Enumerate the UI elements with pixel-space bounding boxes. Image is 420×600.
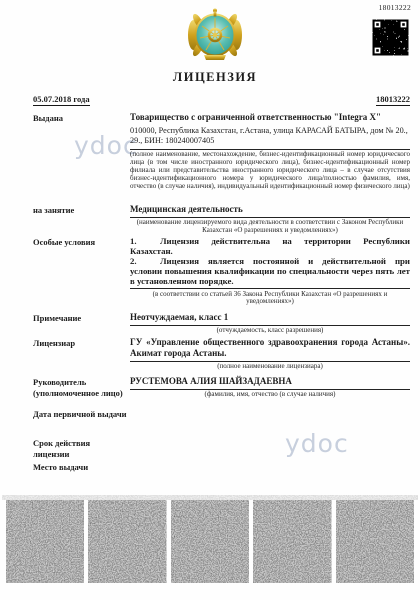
field-label: Выдана [33, 113, 128, 124]
activity-value: Медицинская деятельность [130, 204, 410, 218]
field-label: Руководитель (уполномоченное лицо) [33, 377, 128, 398]
licensor-value: ГУ «Управление общественного здравоохран… [130, 337, 410, 362]
special-conditions-list: 1.Лицензия действительна на территории Р… [130, 236, 410, 289]
licensee-address: 010000, Республика Казахстан, г.Астана, … [130, 126, 410, 150]
field-label: Срок действия лицензии [33, 438, 128, 459]
noise-block [253, 500, 331, 583]
field-caption: (полное наименование, местонахождение, б… [130, 151, 410, 190]
field-row-licensor: Лицензиар ГУ «Управление общественного з… [33, 337, 410, 371]
license-document-page: { "doc": { "corner_number": "18013222", … [0, 0, 420, 600]
redacted-stamp-strip [6, 500, 414, 583]
licensee-name: Товарищество с ограниченной ответственно… [130, 112, 410, 123]
issue-date: 05.07.2018 года [33, 94, 90, 106]
date-number-row: 05.07.2018 года 18013222 [33, 94, 410, 106]
remark-value: Неотчуждаемая, класс 1 [130, 312, 410, 326]
document-title: ЛИЦЕНЗИЯ [5, 70, 420, 85]
field-row-activity: на занятие Медицинская деятельность (наи… [33, 204, 410, 235]
field-caption: (полное наименование лицензиара) [130, 363, 410, 371]
qr-code [372, 19, 409, 56]
noise-block [336, 500, 414, 583]
head-name: РУСТЕМОВА АЛИЯ ШАЙЗАДАЕВНА [130, 376, 410, 390]
field-caption: (отчуждаемость, класс разрешения) [130, 327, 410, 335]
license-number: 18013222 [376, 94, 410, 106]
ydoc-watermark: ydoc [285, 429, 349, 458]
condition-item: 2.Лицензия является постоянной и действи… [130, 256, 410, 286]
field-label: Место выдачи [33, 462, 128, 473]
field-row-issued-to: Выдана Товарищество с ограниченной ответ… [33, 112, 410, 190]
condition-item: 1.Лицензия действительна на территории Р… [130, 236, 410, 256]
field-caption: (в соответствии со статьей 36 Закона Рес… [130, 291, 410, 307]
field-caption: (фамилия, имя, отчество (в случае наличи… [130, 391, 410, 399]
field-label: Дата первичной выдачи [33, 409, 128, 420]
field-label: на занятие [33, 205, 128, 216]
field-label: Особые условия [33, 237, 128, 248]
field-label: Примечание [33, 313, 128, 324]
noise-block [88, 500, 166, 583]
noise-block [6, 500, 84, 583]
field-row-head: Руководитель (уполномоченное лицо) РУСТЕ… [33, 376, 410, 399]
field-caption: (наименование лицензируемого вида деятел… [130, 219, 410, 235]
field-row-special-conditions: Особые условия 1.Лицензия действительна … [33, 236, 410, 306]
field-row-remark: Примечание Неотчуждаемая, класс 1 (отчуж… [33, 312, 410, 335]
kazakhstan-coat-of-arms-icon [187, 6, 243, 64]
noise-block [171, 500, 249, 583]
field-label: Лицензиар [33, 338, 128, 349]
document-corner-number: 18013222 [379, 3, 411, 12]
